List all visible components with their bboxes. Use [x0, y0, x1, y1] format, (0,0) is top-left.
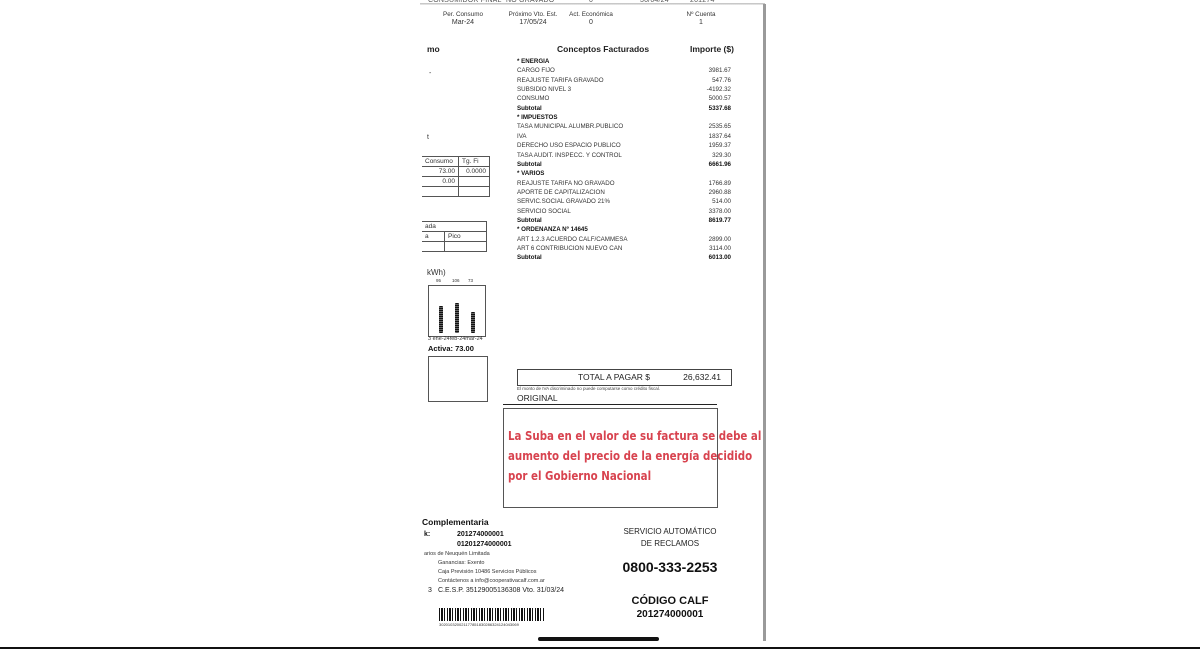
cut-row-text: 201274	[690, 0, 715, 4]
ganancias-line: Ganancias: Exento	[438, 560, 484, 566]
contact-line: Contáctenos a info@cooperativacalf.com.a…	[438, 578, 545, 584]
concept-label: CARGO FIJO	[517, 67, 555, 74]
demanda-title: ada	[422, 222, 487, 232]
concept-row: * ORDENANZA Nº 14645	[517, 226, 731, 235]
concept-row: DERECHO USO ESPACIO PUBLICO1959.37	[517, 142, 731, 151]
concept-row: TASA AUDIT. INSPECC. Y CONTROL329.30	[517, 152, 731, 161]
concept-amount: 8619.77	[709, 217, 731, 224]
concept-row: Subtotal8619.77	[517, 217, 731, 226]
header-pico: Pico	[445, 232, 487, 242]
cut-row-text: 30/04/24	[640, 0, 669, 4]
consumo-table: ConsumoTg. Fi 73.000.0000 0.00	[422, 156, 490, 197]
barcode-number: 30201032002117785183028632412404306​9	[439, 622, 519, 627]
concept-label: CONSUMO	[517, 95, 549, 102]
field-value-act-economica: 0	[560, 19, 622, 26]
concept-row: TASA MUNICIPAL ALUMBR.PUBLICO2535.65	[517, 123, 731, 132]
company-line: arios de Neuquén Limitada	[424, 551, 490, 557]
concept-amount: 2535.65	[709, 123, 731, 130]
reclamos-phone[interactable]: 0800-333-2253	[600, 559, 740, 575]
concept-label: REAJUSTE TARIFA NO GRAVADO	[517, 180, 615, 187]
field-label-per-consumo: Per. Consumo	[430, 11, 496, 18]
concept-amount: 3378.00	[709, 208, 731, 215]
concept-amount: 1959.37	[709, 142, 731, 149]
copy-label: ORIGINAL	[517, 393, 558, 403]
concept-row: REAJUSTE TARIFA NO GRAVADO1766.89	[517, 180, 731, 189]
concept-label: TASA AUDIT. INSPECC. Y CONTROL	[517, 152, 622, 159]
concept-row: ART 6 CONTRIBUCION NUEVO CAN3114.00	[517, 245, 731, 254]
reclamos-line-2: DE RECLAMOS	[600, 539, 740, 548]
iva-note: El monto de IVA discriminado no puede co…	[517, 386, 660, 391]
concept-label: Subtotal	[517, 217, 542, 224]
concept-label: ART 6 CONTRIBUCION NUEVO CAN	[517, 245, 622, 252]
codigo-calf-value: 201274000001	[600, 609, 740, 620]
link-label: k:	[424, 531, 430, 538]
concept-label: SERVIC.SOCIAL GRAVADO 21%	[517, 198, 610, 205]
cesp-prefix: 3	[428, 587, 432, 594]
cut-row-text: 0	[589, 0, 593, 4]
chart-value-label: 95	[436, 278, 441, 283]
total-label: TOTAL A PAGAR $	[578, 372, 650, 382]
barcode	[439, 608, 544, 621]
total-amount: 26,632.41	[683, 372, 721, 382]
cell	[459, 177, 490, 187]
concept-row: ART 1.2.3 ACUERDO CALF/CAMMESA2899.00	[517, 236, 731, 245]
field-label-nro-cuenta: Nº Cuenta	[670, 11, 732, 18]
concept-label: DERECHO USO ESPACIO PUBLICO	[517, 142, 621, 149]
total-box: TOTAL A PAGAR $ 26,632.41	[517, 369, 732, 386]
concept-row: CONSUMO5000.57	[517, 95, 731, 104]
chart-title: kWh)	[427, 268, 446, 277]
concepts-title: Conceptos Facturados	[557, 44, 649, 54]
reclamos-line-1: SERVICIO AUTOMÁTICO	[600, 527, 740, 536]
concept-row: Subtotal5337.68	[517, 105, 731, 114]
cell: a	[422, 232, 445, 242]
concept-row: IVA1837.64	[517, 133, 731, 142]
price-notice-text: La Suba en el valor de su factura se deb…	[508, 426, 680, 486]
concept-amount: 3981.67	[709, 67, 731, 74]
cell: 73.00	[422, 167, 459, 177]
header-tg-fi: Tg. Fi	[459, 157, 490, 167]
concept-amount: 2960.88	[709, 189, 731, 196]
cesp-line: C.E.S.P. 35129005136308 Vto. 31/03/24	[438, 587, 564, 594]
notice-line: La Suba en el valor de su factura se deb…	[508, 426, 680, 446]
bottom-border	[0, 647, 1200, 649]
complementaria-title: Complementaria	[422, 517, 489, 527]
code-1: 201274000001	[457, 531, 504, 538]
concept-row: SUBSIDIO NIVEL 3-4192.32	[517, 86, 731, 95]
concept-row: Subtotal6013.00	[517, 254, 731, 263]
concept-amount: 5337.68	[709, 105, 731, 112]
notice-line: por el Gobierno Nacional	[508, 466, 680, 486]
cell	[422, 187, 459, 197]
concept-amount: 2899.00	[709, 236, 731, 243]
concept-amount: 1766.89	[709, 180, 731, 187]
concept-label: ART 1.2.3 ACUERDO CALF/CAMMESA	[517, 236, 628, 243]
codigo-calf-label: CÓDIGO CALF	[600, 595, 740, 607]
code-2: 01201274000001	[457, 541, 512, 548]
concept-row: APORTE DE CAPITALIZACION2960.88	[517, 189, 731, 198]
page-edge-shadow	[763, 4, 766, 641]
cell: 0.00	[422, 177, 459, 187]
chart-bar	[439, 306, 443, 333]
concept-row: * ENERGIA	[517, 58, 731, 67]
cell	[459, 187, 490, 197]
concept-label: SERVICIO SOCIAL	[517, 208, 571, 215]
cell: 0.0000	[459, 167, 490, 177]
concept-label: Subtotal	[517, 254, 542, 261]
concept-label: * ENERGIA	[517, 58, 549, 65]
amount-header: Importe ($)	[690, 44, 734, 54]
chart-x-ticks: 3 ene-24feb-24mar-24	[428, 336, 483, 342]
cell	[422, 242, 445, 252]
concept-label: Subtotal	[517, 161, 542, 168]
field-value-per-consumo: Mar-24	[430, 19, 496, 26]
concept-amount: 6661.96	[709, 161, 731, 168]
concept-amount: 3114.00	[709, 245, 731, 252]
partial-mark: t	[427, 134, 429, 141]
cut-row-text: CONSUMIDOR FINAL	[428, 0, 502, 4]
concept-amount: 1837.64	[709, 133, 731, 140]
consumption-chart	[428, 285, 486, 337]
concept-label: REAJUSTE TARIFA GRAVADO	[517, 77, 604, 84]
chart-bar	[455, 303, 459, 333]
dash-mark: -	[429, 70, 431, 77]
concept-label: * ORDENANZA Nº 14645	[517, 226, 588, 233]
notice-line: aumento del precio de la energía decidid…	[508, 446, 680, 466]
concept-label: APORTE DE CAPITALIZACION	[517, 189, 605, 196]
concept-amount: 514.00	[712, 198, 731, 205]
concept-row: SERVICIO SOCIAL3378.00	[517, 208, 731, 217]
chart-bar	[471, 312, 475, 333]
concept-row: CARGO FIJO3981.67	[517, 67, 731, 76]
concept-label: * IMPUESTOS	[517, 114, 557, 121]
concept-label: IVA	[517, 133, 527, 140]
concept-row: * VARIOS	[517, 170, 731, 179]
field-label-act-economica: Act. Económica	[560, 11, 622, 18]
header-consumo: Consumo	[422, 157, 459, 167]
concept-row: SERVIC.SOCIAL GRAVADO 21%514.00	[517, 198, 731, 207]
chart-value-label: 73	[468, 278, 473, 283]
concept-row: Subtotal6661.96	[517, 161, 731, 170]
empty-box	[428, 356, 488, 402]
concept-amount: -4192.32	[707, 86, 731, 93]
chart-value-label: 106	[452, 278, 460, 283]
cell	[445, 242, 487, 252]
concept-amount: 547.76	[712, 77, 731, 84]
demanda-table: ada aPico	[422, 221, 487, 252]
activa-label: Activa: 73.00	[428, 344, 474, 353]
concept-label: TASA MUNICIPAL ALUMBR.PUBLICO	[517, 123, 623, 130]
cut-row-text: NO GRAVADO	[506, 0, 554, 4]
caja-line: Caja Previsión 10486 Servicios Públicos	[438, 569, 536, 575]
field-value-nro-cuenta: 1	[670, 19, 732, 26]
consumo-heading: mo	[427, 44, 440, 54]
field-value-proximo-vto: 17/05/24	[500, 19, 566, 26]
concept-row: * IMPUESTOS	[517, 114, 731, 123]
concept-amount: 329.30	[712, 152, 731, 159]
concept-row: REAJUSTE TARIFA GRAVADO547.76	[517, 77, 731, 86]
concept-label: * VARIOS	[517, 170, 544, 177]
divider	[503, 404, 717, 405]
concept-label: Subtotal	[517, 105, 542, 112]
concept-amount: 6013.00	[709, 254, 731, 261]
field-label-proximo-vto: Próximo Vto. Est.	[500, 11, 566, 18]
concept-amount: 5000.57	[709, 95, 731, 102]
concept-label: SUBSIDIO NIVEL 3	[517, 86, 571, 93]
home-indicator[interactable]	[538, 637, 659, 641]
